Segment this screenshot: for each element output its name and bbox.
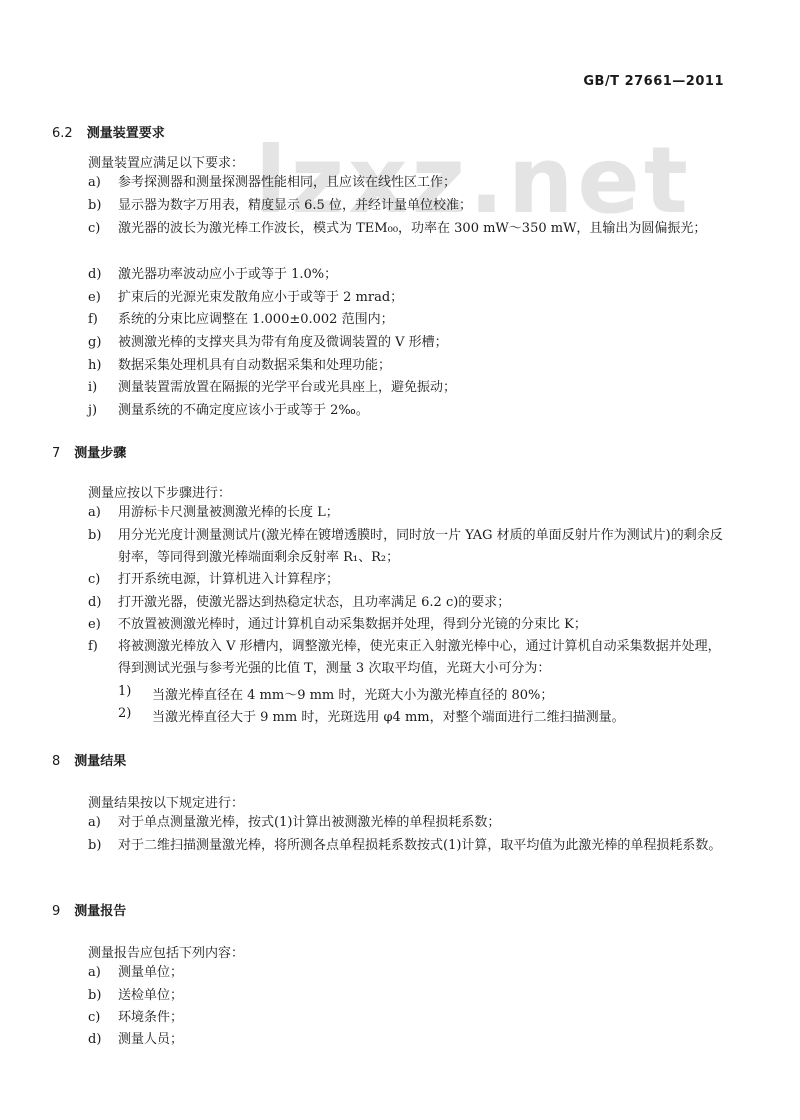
item-mark: f) [88,309,112,331]
item-mark: j) [88,400,112,422]
item-mark: e) [88,614,112,636]
list-item: f)系统的分束比应调整在 1.000±0.002 范围内； [88,309,728,331]
list-item: c)环境条件； [88,1007,728,1029]
item-mark: c) [88,569,112,591]
item-text: 激光器的波长为激光棒工作波长，模式为 TEM₀₀，功率在 300 mW～350 … [118,218,728,240]
item-text: 打开激光器，使激光器达到热稳定状态，且功率满足 6.2 c)的要求； [118,592,728,614]
list-item: e)扩束后的光源光束发散角应小于或等于 2 mrad； [88,287,728,309]
item-text: 环境条件； [118,1007,728,1029]
item-mark: c) [88,218,112,240]
item-mark: 1) [118,684,142,699]
list-item: a)用游标卡尺测量被测激光棒的长度 L； [88,502,728,524]
list-item: d)测量人员； [88,1029,728,1051]
item-text: 测量单位； [118,962,728,984]
item-text: 当激光棒直径在 4 mm～9 mm 时，光斑大小为激光棒直径的 80%； [152,684,718,703]
item-mark: b) [88,985,112,1007]
item-text: 不放置被测激光棒时，通过计算机自动采集数据并处理，得到分光镜的分束比 K； [118,614,728,636]
section-intro: 测量结果按以下规定进行： [88,792,244,811]
item-text: 被测激光棒的支撑夹具为带有角度及微调装置的 V 形槽； [118,332,728,354]
section-heading-6-2: 6.2测量装置要求 [52,122,165,141]
section-title: 测量步骤 [74,446,126,461]
item-text: 测量装置需放置在隔振的光学平台或光具座上，避免振动； [118,377,728,399]
item-text: 对于二维扫描测量激光棒，将所测各点单程损耗系数按式(1)计算，取平均值为此激光棒… [118,835,728,857]
item-mark: b) [88,195,112,217]
list-item: g)被测激光棒的支撑夹具为带有角度及微调装置的 V 形槽； [88,332,728,354]
item-text: 当激光棒直径大于 9 mm 时，光斑选用 φ4 mm，对整个端面进行二维扫描测量… [152,706,718,725]
section-heading-9: 9测量报告 [52,900,126,919]
item-text: 将被测激光棒放入 V 形槽内，调整激光棒，使光束正入射激光棒中心，通过计算机自动… [118,636,728,680]
section-number: 6.2 [52,126,73,141]
item-mark: b) [88,835,112,857]
standard-code: GB/T 27661—2011 [583,74,724,89]
item-mark: a) [88,812,112,834]
item-text: 测量人员； [118,1029,728,1051]
item-text: 系统的分束比应调整在 1.000±0.002 范围内； [118,309,728,331]
list-item: d)打开激光器，使激光器达到热稳定状态，且功率满足 6.2 c)的要求； [88,592,728,614]
list-item: b)显示器为数字万用表，精度显示 6.5 位，并经计量单位校准； [88,195,728,217]
section-title: 测量结果 [74,754,126,769]
section-number: 9 [52,904,60,919]
list-item: c)激光器的波长为激光棒工作波长，模式为 TEM₀₀，功率在 300 mW～35… [88,218,728,240]
list-item: a)对于单点测量激光棒，按式(1)计算出被测激光棒的单程损耗系数； [88,812,728,834]
item-mark: i) [88,377,112,399]
item-mark: h) [88,355,112,377]
item-mark: d) [88,264,112,286]
item-text: 用游标卡尺测量被测激光棒的长度 L； [118,502,728,524]
item-text: 激光器功率波动应小于或等于 1.0%； [118,264,728,286]
sub-list-item: 1)当激光棒直径在 4 mm～9 mm 时，光斑大小为激光棒直径的 80%； [118,684,718,703]
section-intro: 测量装置应满足以下要求： [88,152,244,171]
item-mark: d) [88,592,112,614]
list-item: f)将被测激光棒放入 V 形槽内，调整激光棒，使光束正入射激光棒中心，通过计算机… [88,636,728,680]
item-mark: f) [88,636,112,658]
list-item: d)激光器功率波动应小于或等于 1.0%； [88,264,728,286]
list-item: b)对于二维扫描测量激光棒，将所测各点单程损耗系数按式(1)计算，取平均值为此激… [88,835,728,857]
item-mark: 2) [118,706,142,721]
item-mark: b) [88,525,112,547]
item-mark: a) [88,172,112,194]
list-item: j)测量系统的不确定度应该小于或等于 2‰。 [88,400,728,422]
item-text: 显示器为数字万用表，精度显示 6.5 位，并经计量单位校准； [118,195,728,217]
list-item: b)用分光光度计测量测试片(激光棒在镀增透膜时，同时放一片 YAG 材质的单面反… [88,525,728,569]
item-text: 对于单点测量激光棒，按式(1)计算出被测激光棒的单程损耗系数； [118,812,728,834]
item-mark: g) [88,332,112,354]
item-mark: d) [88,1029,112,1051]
section-intro: 测量报告应包括下列内容： [88,942,244,961]
item-text: 扩束后的光源光束发散角应小于或等于 2 mrad； [118,287,728,309]
section-heading-8: 8测量结果 [52,750,126,769]
section-number: 8 [52,754,60,769]
section-heading-7: 7测量步骤 [52,442,126,461]
list-item: b)送检单位； [88,985,728,1007]
section-title: 测量装置要求 [87,126,165,141]
section-number: 7 [52,446,60,461]
item-mark: e) [88,287,112,309]
item-text: 测量系统的不确定度应该小于或等于 2‰。 [118,400,728,422]
list-item: e)不放置被测激光棒时，通过计算机自动采集数据并处理，得到分光镜的分束比 K； [88,614,728,636]
list-item: a)测量单位； [88,962,728,984]
item-text: 送检单位； [118,985,728,1007]
item-text: 用分光光度计测量测试片(激光棒在镀增透膜时，同时放一片 YAG 材质的单面反射片… [118,525,728,569]
sub-list-item: 2)当激光棒直径大于 9 mm 时，光斑选用 φ4 mm，对整个端面进行二维扫描… [118,706,718,725]
item-text: 数据采集处理机具有自动数据采集和处理功能； [118,355,728,377]
list-item: c)打开系统电源，计算机进入计算程序； [88,569,728,591]
item-text: 参考探测器和测量探测器性能相同，且应该在线性区工作； [118,172,728,194]
list-item: a)参考探测器和测量探测器性能相同，且应该在线性区工作； [88,172,728,194]
section-intro: 测量应按以下步骤进行： [88,482,231,501]
item-mark: a) [88,962,112,984]
item-mark: c) [88,1007,112,1029]
item-text: 打开系统电源，计算机进入计算程序； [118,569,728,591]
section-title: 测量报告 [74,904,126,919]
item-mark: a) [88,502,112,524]
list-item: i)测量装置需放置在隔振的光学平台或光具座上，避免振动； [88,377,728,399]
list-item: h)数据采集处理机具有自动数据采集和处理功能； [88,355,728,377]
